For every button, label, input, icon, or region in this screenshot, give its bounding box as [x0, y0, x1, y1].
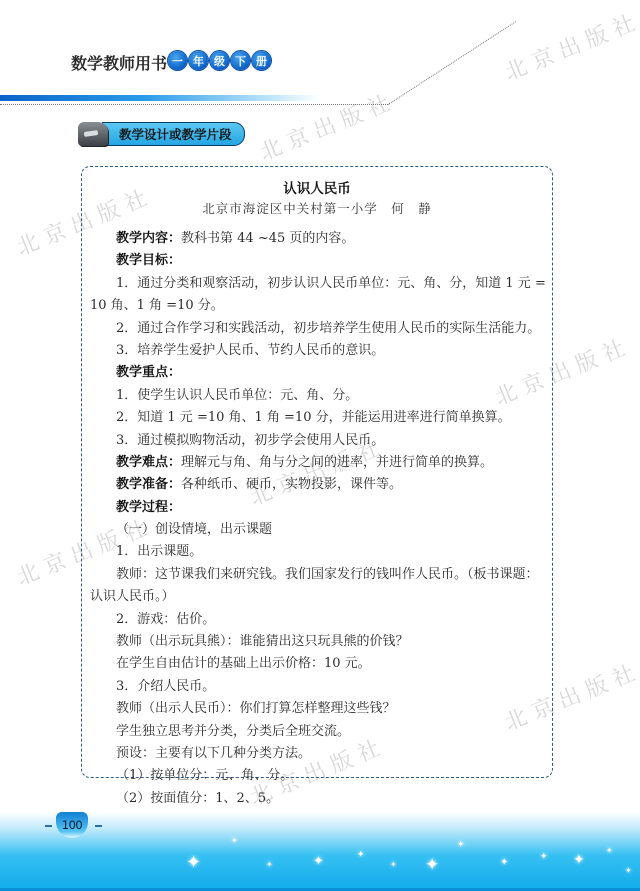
line-text: 教科书第 44 ~45 页的内容。 — [181, 231, 354, 246]
line-text: 教师：这节课我们来研究钱。我们国家发行的钱叫作人民币。（板书课题： — [116, 567, 539, 582]
lesson-line: 教学重点： — [90, 362, 544, 384]
sparkle-icon: ✦ — [573, 852, 585, 868]
sparkle-icon: ✦ — [540, 852, 548, 862]
line-text: 教师（出示人民币）：你们打算怎样整理这些钱？ — [116, 701, 396, 716]
line-label: 教学内容： — [116, 231, 181, 246]
line-text: （1）按单位分：元、角、分。 — [116, 768, 293, 783]
sparkle-icon: ✦ — [457, 840, 465, 850]
line-text: 各种纸币、硬币，实物投影，课件等。 — [181, 477, 402, 492]
chalkboard-eraser-icon — [78, 122, 108, 146]
header-gradient-bar — [0, 95, 320, 101]
lesson-line: 3．介绍人民币。 — [90, 676, 544, 698]
sparkle-icon: ✦ — [313, 854, 324, 869]
line-label: 教学过程： — [116, 500, 181, 515]
line-text: （一）创设情境，出示课题 — [116, 522, 272, 537]
line-text: 1．出示课题。 — [116, 544, 202, 559]
lesson-line: 3．培养学生爱护人民币、节约人民币的意识。 — [90, 340, 544, 362]
lesson-line: 教学准备：各种纸币、硬币，实物投影，课件等。 — [90, 474, 544, 496]
lesson-body: 教学内容：教科书第 44 ~45 页的内容。 教学目标： 1．通过分类和观察活动… — [90, 228, 544, 810]
sparkle-icon: ✦ — [357, 850, 365, 860]
lesson-line: （2）按面值分：1、2、5。 — [90, 788, 544, 810]
lesson-line: 在学生自由估计的基础上出示价格：10 元。 — [90, 653, 544, 675]
sparkle-icon: ✦ — [500, 857, 508, 868]
line-text: 在学生自由估计的基础上出示价格：10 元。 — [116, 656, 371, 671]
sparkle-icon: ✦ — [606, 846, 613, 855]
page-number-dash — [95, 825, 102, 827]
sparkle-icon: ✦ — [266, 860, 273, 869]
lesson-line: 1．使学生认识人民币单位：元、角、分。 — [90, 385, 544, 407]
lesson-line: 学生独立思考并分类，分类后全班交流。 — [90, 721, 544, 743]
lesson-line: 2．通过合作学习和实践活动，初步培养学生使用人民币的实际生活能力。 — [90, 318, 544, 340]
line-text: 3．通过模拟购物活动，初步学会使用人民币。 — [116, 433, 384, 448]
sparkle-icon: ✦ — [186, 852, 201, 873]
sparkle-icon: ✦ — [425, 855, 439, 875]
line-text: 1．通过分类和观察活动，初步认识人民币单位：元、角、分，知道 1 元 = — [116, 276, 546, 291]
lesson-line: （1）按单位分：元、角、分。 — [90, 765, 544, 787]
line-text: 教师（出示玩具熊）：谁能猜出这只玩具熊的价钱？ — [116, 634, 409, 649]
book-title: 数学教师用书 — [71, 51, 167, 74]
lesson-title: 认识人民币 — [81, 177, 553, 197]
grade-badge: 下 — [231, 51, 250, 70]
line-text: （2）按面值分：1、2、5。 — [116, 791, 279, 806]
header-dotted-rule — [0, 104, 388, 105]
lesson-line: 认识人民币。） — [90, 586, 544, 608]
grade-badge: 级 — [210, 51, 229, 70]
lesson-line: 教学难点：理解元与角、角与分之间的进率，并进行简单的换算。 — [90, 452, 544, 474]
sparkle-icon: ✦ — [625, 866, 632, 875]
lesson-line: 预设：主要有以下几种分类方法。 — [90, 743, 544, 765]
line-text: 预设：主要有以下几种分类方法。 — [116, 746, 311, 761]
sparkle-icon: ✦ — [231, 836, 238, 845]
lesson-line: 1．通过分类和观察活动，初步认识人民币单位：元、角、分，知道 1 元 = — [90, 273, 544, 295]
sparkle-icon: ✦ — [390, 860, 397, 869]
lesson-line: 1．出示课题。 — [90, 541, 544, 563]
lesson-author: 北京市海淀区中关村第一小学 何 静 — [81, 199, 553, 217]
line-text: 2．通过合作学习和实践活动，初步培养学生使用人民币的实际生活能力。 — [116, 321, 540, 336]
grade-badge: 册 — [252, 51, 271, 70]
lesson-line: （一）创设情境，出示课题 — [90, 519, 544, 541]
header-diagonal-rule — [388, 21, 516, 105]
line-text: 2．游戏：估价。 — [116, 612, 215, 627]
line-text: 学生独立思考并分类，分类后全班交流。 — [116, 724, 350, 739]
line-text: 2．知道 1 元 =10 角、1 角 =10 分，并能运用进率进行简单换算。 — [116, 410, 511, 425]
page-number-dash — [45, 825, 52, 827]
line-label: 教学准备： — [116, 477, 181, 492]
lesson-line: 2．知道 1 元 =10 角、1 角 =10 分，并能运用进率进行简单换算。 — [90, 407, 544, 429]
lesson-line: 2．游戏：估价。 — [90, 609, 544, 631]
line-label: 教学难点： — [116, 455, 181, 470]
lesson-line: 教学过程： — [90, 497, 544, 519]
watermark: 北京出版社 — [499, 4, 640, 87]
lesson-line: 10 角、1 角 =10 分。 — [90, 295, 544, 317]
grade-badge: 一 — [168, 51, 187, 70]
section-label-text: 教学设计或教学片段 — [102, 122, 245, 146]
line-text: 认识人民币。） — [90, 589, 175, 604]
lesson-line: 教师：这节课我们来研究钱。我们国家发行的钱叫作人民币。（板书课题： — [90, 564, 544, 586]
grade-badge: 年 — [189, 51, 208, 70]
line-label: 教学目标： — [116, 253, 181, 268]
grade-badges: 一 年 级 下 册 — [168, 51, 271, 70]
line-text: 10 角、1 角 =10 分。 — [90, 298, 224, 313]
line-text: 3．介绍人民币。 — [116, 679, 215, 694]
line-text: 1．使学生认识人民币单位：元、角、分。 — [116, 388, 358, 403]
line-text: 3．培养学生爱护人民币、节约人民币的意识。 — [116, 343, 384, 358]
lesson-line: 教师（出示玩具熊）：谁能猜出这只玩具熊的价钱？ — [90, 631, 544, 653]
lesson-line: 教师（出示人民币）：你们打算怎样整理这些钱？ — [90, 698, 544, 720]
lesson-line: 教学目标： — [90, 250, 544, 272]
lesson-line: 3．通过模拟购物活动，初步学会使用人民币。 — [90, 430, 544, 452]
section-label: 教学设计或教学片段 — [78, 120, 245, 148]
line-label: 教学重点： — [116, 365, 181, 380]
lesson-line: 教学内容：教科书第 44 ~45 页的内容。 — [90, 228, 544, 250]
line-text: 理解元与角、角与分之间的进率，并进行简单的换算。 — [181, 455, 493, 470]
